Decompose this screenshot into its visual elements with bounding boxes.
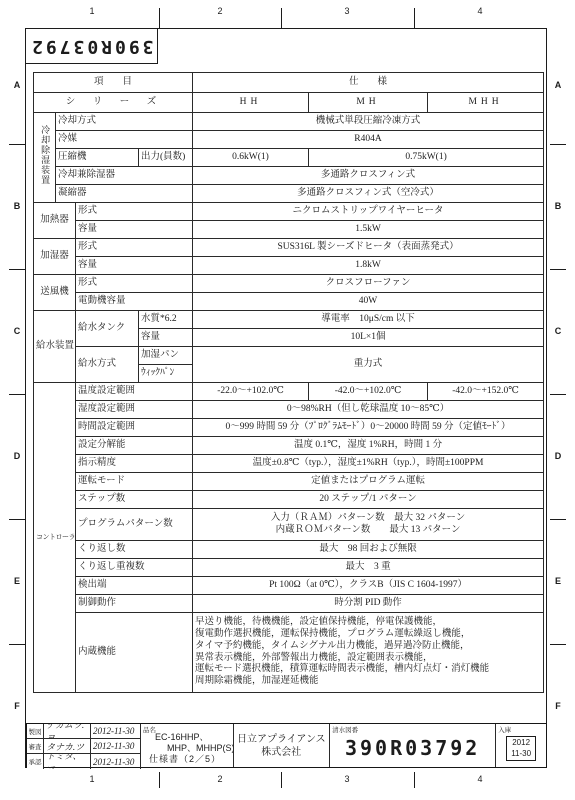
row-value: 多通路クロスフィン式（空冷式）	[193, 185, 544, 203]
row-value: 温度 0.1℃，湿度 1%RH，時間 1 分	[193, 437, 544, 455]
row-label: 電動機容量	[76, 293, 193, 311]
row-label: 温度設定範囲	[76, 383, 193, 401]
spec-sheet-page: { "colors": { "ink": "#1c1c1c", "paper":…	[0, 0, 575, 800]
drawing-number-cell: 清水図番 390R03792	[330, 724, 496, 767]
ruler-tick	[550, 144, 566, 145]
intake-stamp-date: 2012 11-30	[506, 736, 536, 761]
ruler-tick	[159, 8, 160, 28]
intake-stamp-label: 入庫	[498, 725, 511, 734]
water-method-label: 給水方式	[76, 347, 139, 383]
title-block: 製図 ナカムラ.ヨ 2012-11-30 審査 タナカ.ツ 2012-11-30…	[26, 723, 547, 768]
water-tank-label: 給水タンク	[76, 311, 139, 347]
ruler-tick	[550, 644, 566, 645]
product-name-line: EC-16HHP、	[155, 732, 233, 743]
ruler-letter-right-A: A	[553, 80, 563, 90]
company-name: 日立アプライアンス 株式会社	[234, 724, 331, 767]
ruler-letter-right-C: C	[553, 326, 563, 336]
row-label: 圧縮機	[56, 149, 139, 167]
row-value: 1.5kW	[193, 221, 544, 239]
group-label-cooling: 冷却除湿装置	[34, 113, 56, 203]
ruler-letter-left-F: F	[12, 701, 22, 711]
temp-range-mh: -42.0〜+102.0℃	[309, 383, 428, 401]
drawing-number-label: 清水図番	[332, 725, 358, 734]
row-label: 凝縮器	[56, 185, 193, 203]
row-value: 0〜98%RH（但し乾球温度 10〜85℃）	[193, 401, 544, 419]
ruler-tick	[9, 269, 25, 270]
signature-role: 承認	[27, 754, 44, 769]
ruler-tick	[9, 144, 25, 145]
row-value: 40W	[193, 293, 544, 311]
row-label: 湿度設定範囲	[76, 401, 193, 419]
signature-name-handwritten: トミタ、マ	[44, 754, 91, 769]
signature-date-handwritten: 2012-11-30	[91, 754, 141, 769]
ruler-number-top-4: 4	[473, 6, 487, 16]
row-label: ステップ数	[76, 491, 193, 509]
ruler-tick	[281, 8, 282, 28]
row-value: クロスフローファン	[193, 275, 544, 293]
ruler-tick	[159, 772, 160, 788]
row-label: 設定分解能	[76, 437, 193, 455]
spec-table: 項 目 仕 様 シ リ ー ズ HH MH MHH 冷却除湿装置 冷却方式 機械…	[33, 72, 544, 693]
row-value: 0〜999 時間 59 分（ﾌﾟﾛｸﾞﾗﾑﾓｰﾄﾞ）0〜20000 時間 59 …	[193, 419, 544, 437]
row-sublabel: 出力(員数)	[139, 149, 193, 167]
row-label: プログラムパターン数	[76, 509, 193, 541]
signature-name-handwritten: タナカ.ツ	[44, 739, 91, 754]
series-mhh: MHH	[428, 93, 544, 113]
row-label: 指示精度	[76, 455, 193, 473]
row-label: 運転モード	[76, 473, 193, 491]
row-value: 10L×1個	[193, 329, 544, 347]
ruler-number-top-1: 1	[85, 6, 99, 16]
row-label: 形式	[76, 203, 193, 221]
row-value: SUS316L 製シーズドヒータ（表面蒸発式）	[193, 239, 544, 257]
row-value: ニクロムストリップワイヤーヒータ	[193, 203, 544, 221]
ruler-letter-right-E: E	[553, 576, 563, 586]
group-label-water-supply: 給水装置	[34, 311, 76, 383]
row-value: 機械式単段圧縮冷凍方式	[193, 113, 544, 131]
row-value: Pt 100Ω（at 0℃），クラスB（JIS C 1604-1997）	[193, 577, 544, 595]
ruler-number-bottom-2: 2	[213, 774, 227, 784]
ruler-number-bottom-1: 1	[85, 774, 99, 784]
product-name-cell: 品名 EC-16HHP、 MHP、MHHP(S) 仕様書（2／5）	[141, 724, 234, 767]
ruler-tick	[9, 644, 25, 645]
ruler-tick	[281, 772, 282, 788]
rotated-doc-number: 390R03792	[29, 36, 154, 57]
group-label-controller: コントローラ	[34, 383, 76, 693]
product-name-label: 品名	[143, 725, 156, 734]
ruler-letter-left-D: D	[12, 451, 22, 461]
row-label: 形式	[76, 275, 193, 293]
row-label: くり返し数	[76, 541, 193, 559]
series-hh: HH	[193, 93, 309, 113]
row-value: 20 ステップ/1 パターン	[193, 491, 544, 509]
ruler-letter-right-B: B	[553, 201, 563, 211]
row-value: 定値またはプログラム運転	[193, 473, 544, 491]
group-label-heater: 加熱器	[34, 203, 76, 239]
rotated-doc-number-box: 390R03792	[25, 28, 158, 64]
row-label: 水質*6.2	[139, 311, 193, 329]
row-label: 制御動作	[76, 595, 193, 613]
signature-role: 製図	[27, 724, 44, 739]
row-value: R404A	[193, 131, 544, 149]
row-value: 温度±0.8℃（typ.），湿度±1%RH（typ.），時間±100PPM	[193, 455, 544, 473]
product-name-line: 仕様書（2／5）	[149, 754, 233, 765]
row-value-built-in-functions: 早送り機能，待機機能，設定値保持機能，停電保護機能， 復電動作選択機能，運転保持…	[193, 613, 544, 693]
row-value-mh-mhh: 0.75kW(1)	[309, 149, 544, 167]
row-label: 検出端	[76, 577, 193, 595]
signature-grid: 製図 ナカムラ.ヨ 2012-11-30 審査 タナカ.ツ 2012-11-30…	[27, 724, 141, 767]
ruler-number-bottom-4: 4	[473, 774, 487, 784]
row-label: 冷却兼除湿器	[56, 167, 193, 185]
series-label: シ リ ー ズ	[34, 93, 193, 113]
row-value-hh: 0.6kW(1)	[193, 149, 309, 167]
row-label: 冷却方式	[56, 113, 193, 131]
ruler-tick	[414, 8, 415, 28]
ruler-letter-left-C: C	[12, 326, 22, 336]
row-label: 容量	[139, 329, 193, 347]
header-item: 項 目	[34, 73, 193, 93]
intake-stamp-cell: 入庫 2012 11-30	[496, 724, 546, 767]
ruler-letter-right-D: D	[553, 451, 563, 461]
ruler-tick	[550, 269, 566, 270]
ruler-letter-right-F: F	[553, 701, 563, 711]
signature-date-handwritten: 2012-11-30	[91, 739, 141, 754]
signature-name-handwritten: ナカムラ.ヨ	[44, 724, 91, 739]
signature-date-handwritten: 2012-11-30	[91, 724, 141, 739]
ruler-tick	[550, 394, 566, 395]
ruler-letter-left-A: A	[12, 80, 22, 90]
ruler-letter-left-B: B	[12, 201, 22, 211]
row-label: 内蔵機能	[76, 613, 193, 693]
row-label: 加湿パン	[139, 347, 193, 365]
header-spec: 仕 様	[193, 73, 544, 93]
series-mh: MH	[309, 93, 428, 113]
row-value: 最大 3 重	[193, 559, 544, 577]
row-value: 多通路クロスフィン式	[193, 167, 544, 185]
row-label: 容量	[76, 221, 193, 239]
row-value: 重力式	[193, 347, 544, 383]
row-label: 形式	[76, 239, 193, 257]
drawing-number: 390R03792	[345, 736, 480, 760]
ruler-tick	[9, 519, 25, 520]
ruler-letter-left-E: E	[12, 576, 22, 586]
ruler-tick	[550, 519, 566, 520]
temp-range-hh: -22.0〜+102.0℃	[193, 383, 309, 401]
row-value: 導電率 10μS/cm 以下	[193, 311, 544, 329]
ruler-number-top-3: 3	[340, 6, 354, 16]
drawing-sheet: 1 2 3 4 1 2 3 4 A B C D E F A B C D E F …	[0, 0, 575, 800]
row-value: 入力（ＲＡＭ）パターン数 最大 32 パターン 内蔵ＲＯＭパターン数 最大 13…	[193, 509, 544, 541]
ruler-tick	[9, 394, 25, 395]
product-name-line: MHP、MHHP(S)	[167, 743, 233, 754]
row-label: 冷媒	[56, 131, 193, 149]
ruler-number-bottom-3: 3	[340, 774, 354, 784]
row-label: ｳｨｯｸﾊﾟﾝ	[139, 365, 193, 383]
row-value: 1.8kW	[193, 257, 544, 275]
temp-range-mhh: -42.0〜+152.0℃	[428, 383, 544, 401]
signature-role: 審査	[27, 739, 44, 754]
group-label-humidifier: 加湿器	[34, 239, 76, 275]
group-label-fan: 送風機	[34, 275, 76, 311]
row-value: 最大 98 回および無限	[193, 541, 544, 559]
row-value: 時分割 PID 動作	[193, 595, 544, 613]
ruler-number-top-2: 2	[213, 6, 227, 16]
row-label: 時間設定範囲	[76, 419, 193, 437]
row-label: 容量	[76, 257, 193, 275]
row-label: くり返し重複数	[76, 559, 193, 577]
ruler-tick	[414, 772, 415, 788]
